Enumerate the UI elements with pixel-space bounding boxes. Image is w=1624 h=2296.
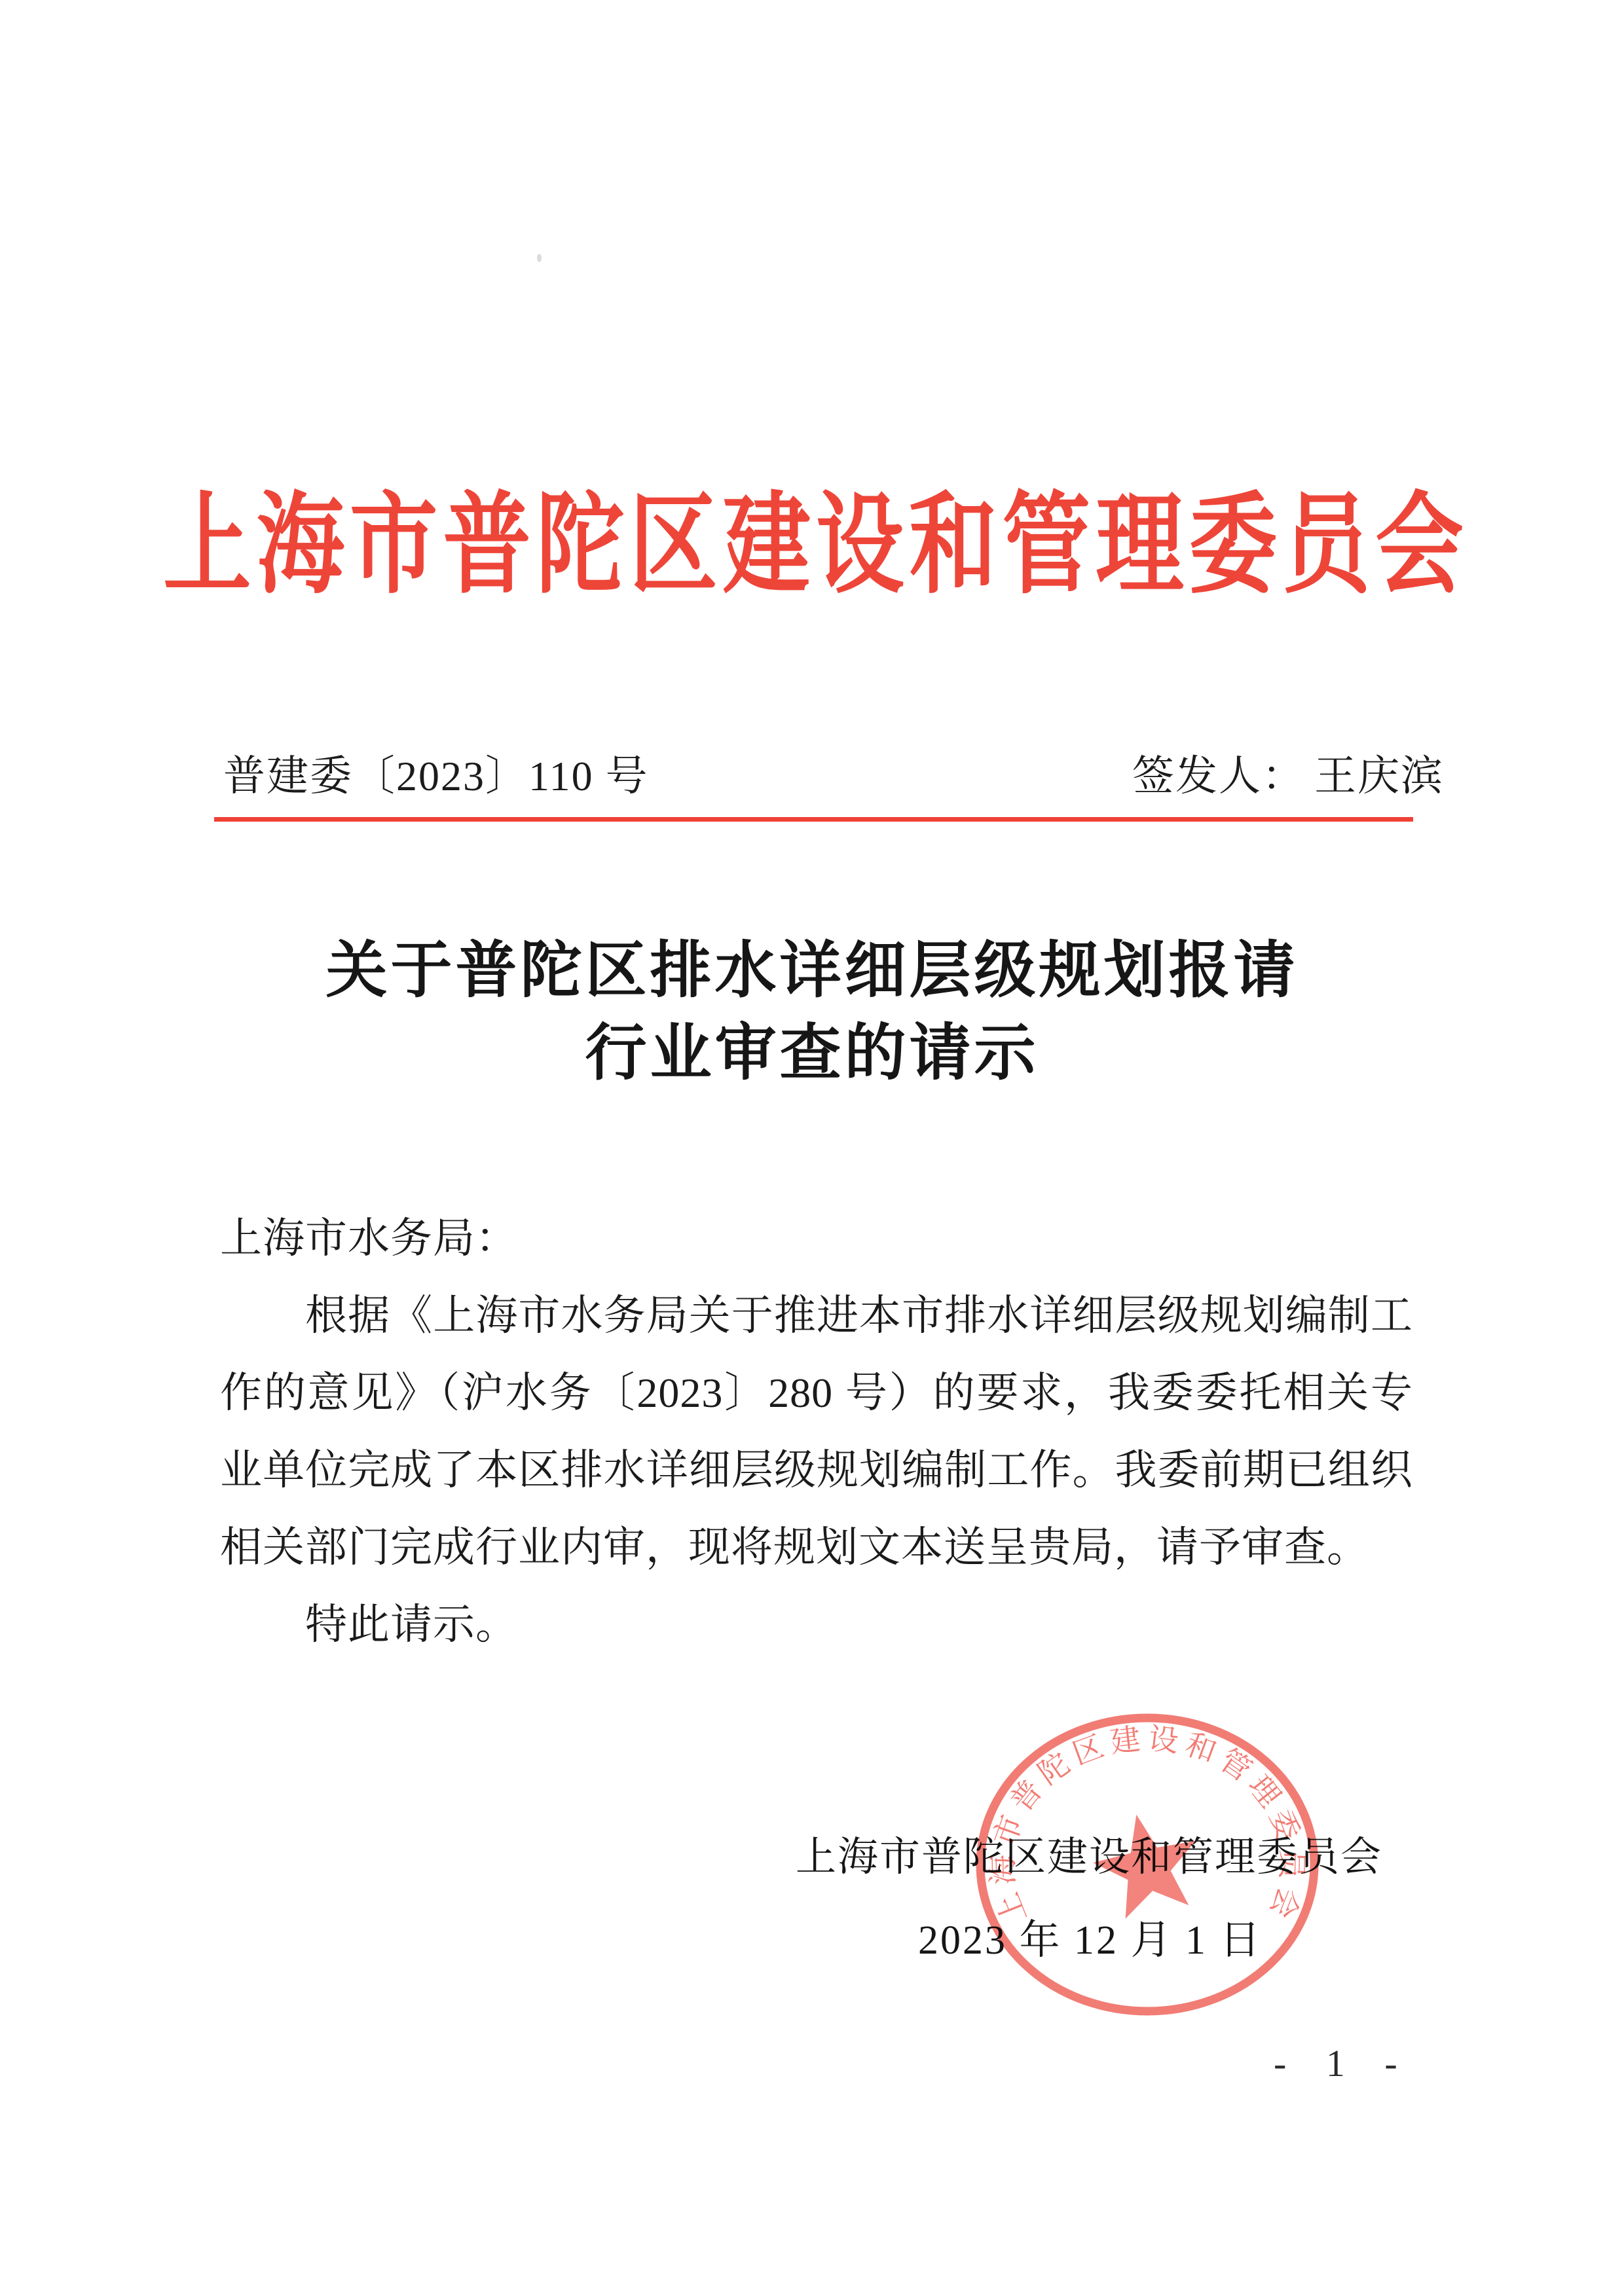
closing-line: 特此请示。 <box>220 1597 1413 1653</box>
official-seal-stamp: 上海市普陀区建设和管理委员会 <box>963 1704 1333 2030</box>
issuer-label: 签发人： <box>1132 753 1305 799</box>
seal-star-icon <box>1085 1804 1208 1923</box>
issuer-name: 王庆滨 <box>1314 753 1444 799</box>
document-page: 上海市普陀区建设和管理委员会 普建委〔2023〕110 号 签发人：王庆滨 关于… <box>0 0 1624 2296</box>
page-number: - 1 - <box>1274 2041 1407 2085</box>
paragraph-line: 相关部门完成行业内审，现将规划文本送呈贵局，请予审查。 <box>220 1520 1413 1576</box>
letterhead-agency-title-text: 上海市普陀区建设和管理委员会 <box>163 486 1469 607</box>
red-separator-rule <box>214 817 1413 822</box>
document-number-row: 普建委〔2023〕110 号 签发人：王庆滨 <box>223 750 1444 803</box>
paragraph-line: 作的意见》（沪水务〔2023〕280 号）的要求，我委委托相关专 <box>220 1365 1413 1421</box>
document-number: 普建委〔2023〕110 号 <box>223 750 649 803</box>
document-title: 关于普陀区排水详细层级规划报请 行业审查的请示 <box>0 930 1624 1095</box>
document-title-line1: 关于普陀区排水详细层级规划报请 <box>0 930 1624 1012</box>
salutation: 上海市水务局： <box>220 1211 1413 1267</box>
scan-artifact <box>537 254 542 262</box>
paragraph-line: 业单位完成了本区排水详细层级规划编制工作。我委前期已组织 <box>220 1442 1413 1499</box>
letterhead-agency-title: 上海市普陀区建设和管理委员会 <box>0 486 1624 607</box>
issuer: 签发人：王庆滨 <box>1132 750 1444 803</box>
document-title-line2: 行业审查的请示 <box>0 1012 1624 1095</box>
paragraph-line: 根据《上海市水务局关于推进本市排水详细层级规划编制工 <box>220 1288 1413 1344</box>
